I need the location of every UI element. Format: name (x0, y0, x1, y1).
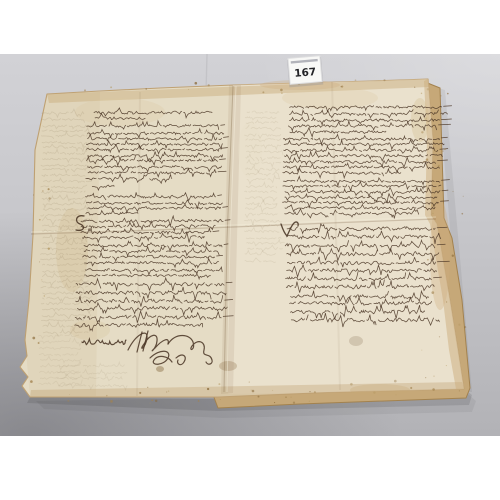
foxing-speck (434, 150, 436, 152)
foxing-speck (106, 395, 107, 396)
foxing-speck (410, 387, 412, 389)
foxing-speck (147, 387, 148, 388)
foxing-speck (293, 401, 295, 403)
photo-frame: 167 (0, 0, 500, 500)
stain (282, 87, 378, 109)
foxing-speck (452, 255, 454, 257)
foxing-speck (355, 79, 357, 81)
foxing-speck (30, 380, 33, 383)
foxing-speck (39, 261, 40, 262)
photo-scene: 167 (0, 54, 500, 436)
foxing-speck (440, 95, 441, 96)
foxing-speck (258, 396, 260, 398)
foxing-speck (33, 195, 34, 196)
foxing-speck (69, 394, 70, 395)
foxing-speck (421, 93, 422, 94)
foxing-speck (168, 390, 169, 391)
foxing-speck (396, 395, 397, 396)
foxing-speck (84, 89, 86, 91)
foxing-speck (446, 301, 447, 302)
foxing-speck (198, 400, 200, 402)
foxing-speck (459, 390, 460, 391)
foxing-speck (290, 396, 292, 398)
foxing-speck (274, 402, 275, 403)
foxing-speck (272, 390, 273, 391)
foxing-speck (44, 295, 45, 296)
foxing-speck (444, 148, 446, 150)
foxing-speck (425, 161, 426, 162)
foxing-speck (442, 150, 444, 152)
foxing-speck (373, 391, 375, 393)
foxing-speck (39, 219, 41, 221)
foxing-speck (41, 279, 42, 280)
foxing-speck (458, 324, 460, 326)
foxing-speck (188, 89, 189, 90)
foxing-speck (280, 89, 283, 92)
foxing-speck (220, 399, 221, 400)
foxing-speck (195, 82, 198, 85)
auction-photo: 167 (0, 54, 500, 436)
foxing-speck (427, 165, 428, 166)
foxing-speck (207, 388, 209, 390)
foxing-speck (439, 336, 440, 337)
lot-label: 167 (287, 56, 323, 88)
foxing-speck (42, 190, 43, 191)
foxing-speck (139, 392, 141, 394)
foxing-speck (150, 403, 151, 404)
foxing-speck (434, 376, 435, 377)
foxing-speck (110, 86, 112, 88)
foxing-speck (414, 87, 415, 88)
foxing-speck (432, 388, 435, 391)
lot-number: 167 (294, 66, 317, 80)
foxing-speck (394, 380, 397, 383)
foxing-speck (452, 191, 453, 192)
foxing-speck (32, 337, 35, 340)
foxing-speck (38, 342, 40, 344)
foxing-speck (262, 91, 264, 93)
foxing-speck (151, 399, 153, 401)
stain (350, 384, 410, 396)
foxing-speck (309, 401, 310, 402)
foxing-speck (438, 165, 440, 167)
foxing-speck (48, 197, 50, 199)
foxing-speck (252, 390, 255, 393)
foxing-speck (447, 93, 449, 95)
foxing-speck (350, 383, 353, 386)
letterbox-bottom (0, 436, 500, 500)
foxing-speck (427, 259, 429, 261)
foxing-speck (421, 350, 422, 351)
foxing-speck (251, 390, 252, 391)
foxing-speck (427, 88, 429, 90)
foxing-speck (281, 92, 283, 94)
foxing-speck (285, 396, 287, 398)
foxing-speck (424, 117, 427, 120)
foxing-speck (421, 131, 423, 133)
foxing-speck (314, 391, 316, 393)
foxing-speck (48, 247, 50, 249)
foxing-speck (208, 84, 210, 86)
foxing-speck (110, 400, 113, 403)
foxing-speck (425, 377, 426, 378)
foxing-speck (309, 391, 310, 392)
foxing-speck (423, 161, 424, 162)
foxing-speck (166, 391, 167, 392)
foxing-speck (249, 381, 250, 382)
foxing-speck (446, 365, 447, 366)
foxing-speck (463, 196, 464, 197)
foxing-speck (145, 88, 146, 89)
foxing-speck (218, 383, 220, 385)
foxing-speck (48, 188, 50, 190)
foxing-speck (341, 86, 342, 87)
foxing-speck (464, 326, 466, 328)
foxing-speck (383, 79, 385, 81)
foxing-speck (461, 213, 463, 215)
foxing-speck (155, 400, 157, 402)
stain (156, 366, 164, 372)
foxing-speck (431, 291, 434, 294)
foxing-speck (426, 158, 429, 161)
foxing-speck (67, 400, 69, 402)
stain (349, 336, 363, 346)
foxing-speck (432, 213, 433, 214)
letterbox-top (0, 0, 500, 54)
